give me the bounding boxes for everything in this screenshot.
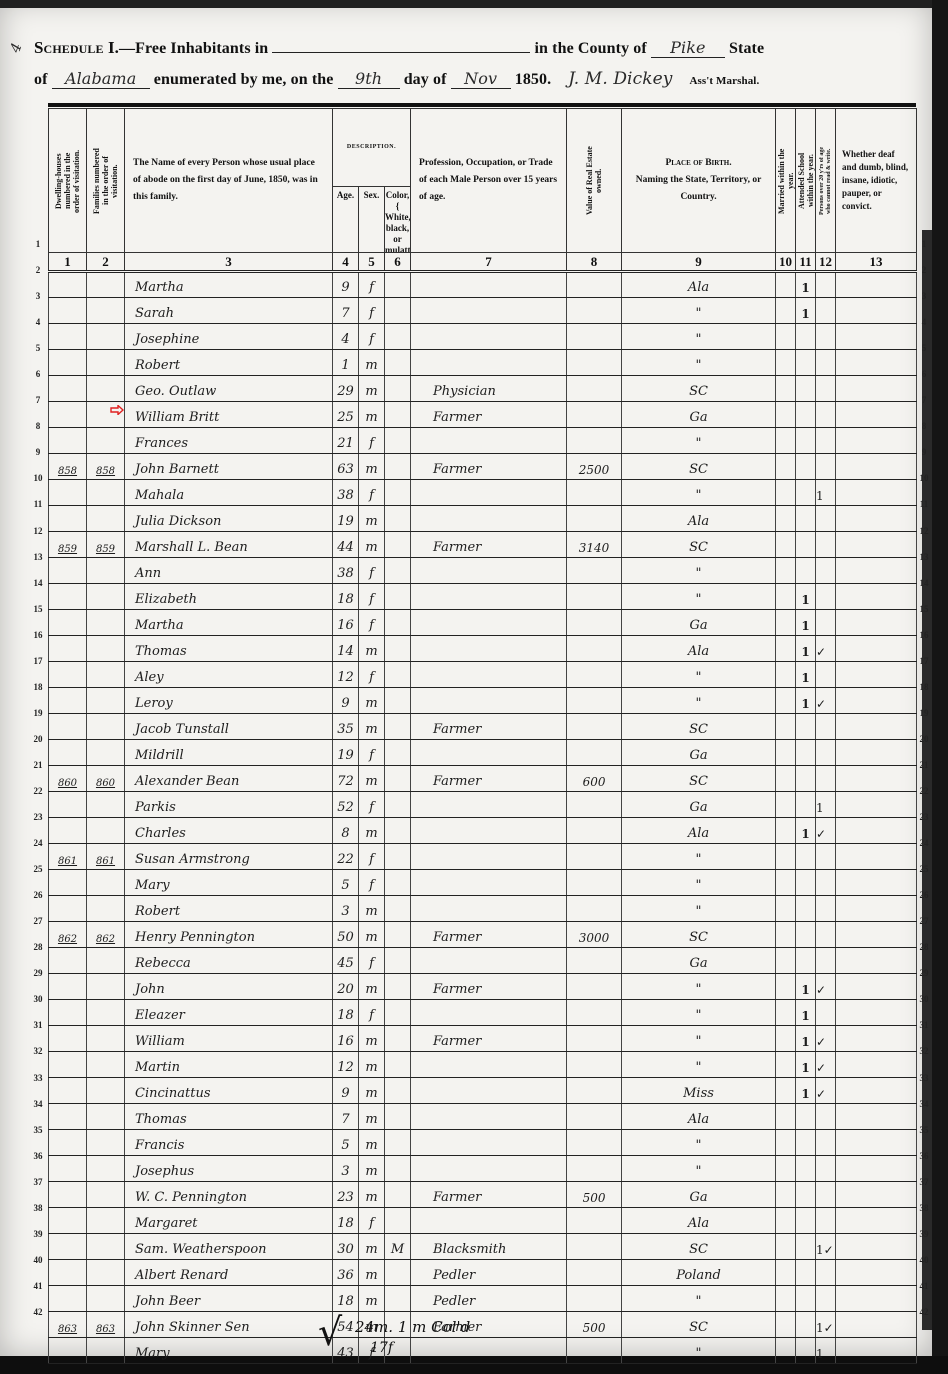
census-row: Ann38f" (49, 558, 917, 584)
dwelling-number (49, 1000, 87, 1026)
person-name: Alexander Bean (125, 766, 333, 792)
dwelling-number (49, 610, 87, 636)
sex: m (359, 1234, 385, 1260)
family-number: 862 (87, 922, 125, 948)
line-number: 22 (916, 778, 932, 804)
sex: f (359, 480, 385, 506)
school-mark: 1 (796, 636, 816, 662)
line-number: 27 (30, 908, 46, 934)
place-of-birth: Ga (622, 610, 776, 636)
color (385, 1182, 411, 1208)
sex: f (359, 740, 385, 766)
place-of-birth: Ga (622, 1182, 776, 1208)
married-mark (776, 584, 796, 610)
sex: m (359, 532, 385, 558)
county-label: in the County of (535, 40, 647, 57)
school-mark (796, 1338, 816, 1364)
dwelling-number (49, 272, 87, 298)
dwelling-number (49, 1026, 87, 1052)
dwelling-number: 859 (49, 532, 87, 558)
dwelling-number (49, 324, 87, 350)
real-estate-value (567, 298, 622, 324)
married-mark (776, 506, 796, 532)
line-number: 7 (916, 387, 932, 413)
line-number: 20 (30, 726, 46, 752)
sex: f (359, 610, 385, 636)
place-of-birth: " (622, 1052, 776, 1078)
person-name: John Barnett (125, 454, 333, 480)
line-number: 28 (30, 934, 46, 960)
age: 12 (333, 1052, 359, 1078)
color (385, 506, 411, 532)
illiterate-mark: 1 (816, 1338, 836, 1364)
line-number: 1 (916, 231, 932, 257)
line-number: 7 (30, 387, 46, 413)
family-number: 863 (87, 1312, 125, 1338)
person-name: Sarah (125, 298, 333, 324)
dwelling-number (49, 792, 87, 818)
illiterate-mark (816, 922, 836, 948)
family-number (87, 1026, 125, 1052)
married-mark (776, 896, 796, 922)
age: 23 (333, 1182, 359, 1208)
occupation: Pedler (411, 1286, 567, 1312)
color (385, 480, 411, 506)
census-row: 861861Susan Armstrong22f" (49, 844, 917, 870)
condition (836, 272, 917, 298)
condition (836, 1208, 917, 1234)
school-mark (796, 948, 816, 974)
family-number (87, 1156, 125, 1182)
person-name: Marshall L. Bean (125, 532, 333, 558)
sex: m (359, 818, 385, 844)
school-mark (796, 1260, 816, 1286)
person-name: John (125, 974, 333, 1000)
school-mark: 1 (796, 662, 816, 688)
occupation: Farmer (411, 714, 567, 740)
school-mark (796, 1104, 816, 1130)
condition (836, 1130, 917, 1156)
dwelling-number (49, 818, 87, 844)
occupation (411, 1130, 567, 1156)
illiterate-mark (816, 1208, 836, 1234)
line-number: 37 (30, 1169, 46, 1195)
line-number: 40 (30, 1247, 46, 1273)
line-number: 6 (30, 361, 46, 387)
age: 18 (333, 1286, 359, 1312)
census-row: Elizabeth18f"1 (49, 584, 917, 610)
family-number (87, 480, 125, 506)
person-name: John Skinner Sen (125, 1312, 333, 1338)
census-row: Martha16fGa1 (49, 610, 917, 636)
condition (836, 402, 917, 428)
illiterate-mark (816, 428, 836, 454)
condition (836, 1104, 917, 1130)
age: 19 (333, 740, 359, 766)
census-row: 862862Henry Pennington50mFarmer3000SC (49, 922, 917, 948)
person-name: Robert (125, 350, 333, 376)
line-number: 21 (916, 752, 932, 778)
occupation: Farmer (411, 766, 567, 792)
person-name: Cincinattus (125, 1078, 333, 1104)
illiterate-mark (816, 714, 836, 740)
sex: f (359, 1208, 385, 1234)
dwelling-number (49, 1078, 87, 1104)
school-mark (796, 402, 816, 428)
sex: f (359, 1000, 385, 1026)
person-name: Robert (125, 896, 333, 922)
person-name: Mary (125, 1338, 333, 1364)
line-number: 4 (30, 309, 46, 335)
line-number: 12 (30, 518, 46, 544)
line-number: 36 (30, 1143, 46, 1169)
sex: m (359, 1286, 385, 1312)
line-number: 34 (30, 1091, 46, 1117)
married-mark (776, 402, 796, 428)
school-mark (796, 896, 816, 922)
red-arrow-marker-icon (110, 405, 124, 415)
family-number (87, 1260, 125, 1286)
place-of-birth: Ga (622, 948, 776, 974)
header-family: Families numbered in the order of visita… (87, 109, 125, 253)
illiterate-mark (816, 376, 836, 402)
dwelling-number: 863 (49, 1312, 87, 1338)
school-mark (796, 1312, 816, 1338)
school-mark: 1 (796, 1026, 816, 1052)
married-mark (776, 766, 796, 792)
real-estate-value (567, 610, 622, 636)
married-mark (776, 1260, 796, 1286)
illiterate-mark (816, 298, 836, 324)
school-mark: 1 (796, 974, 816, 1000)
census-rows: Martha9fAla1Sarah7f"1Josephine4f"Robert1… (49, 272, 917, 1364)
schedule-title-line: Schedule I.—Free Inhabitants in in the C… (34, 34, 764, 58)
sex: m (359, 974, 385, 1000)
family-number (87, 376, 125, 402)
family-number: 858 (87, 454, 125, 480)
occupation: Physician (411, 376, 567, 402)
school-mark: 1 (796, 818, 816, 844)
family-number (87, 584, 125, 610)
condition (836, 1312, 917, 1338)
line-number: 11 (916, 491, 932, 517)
person-name: Margaret (125, 1208, 333, 1234)
line-number: 13 (30, 544, 46, 570)
school-mark (796, 870, 816, 896)
census-row: Sam. Weatherspoon30mMBlacksmithSC1✓ (49, 1234, 917, 1260)
marshal-title: Ass't Marshal. (689, 75, 759, 87)
column-number-9: 9 (622, 253, 776, 272)
census-row: 863863John Skinner Sen54mFarmer500SC1✓ (49, 1312, 917, 1338)
occupation (411, 740, 567, 766)
column-number-12: 12 (816, 253, 836, 272)
line-number: 38 (30, 1195, 46, 1221)
occupation (411, 272, 567, 298)
line-number: 17 (916, 648, 932, 674)
dwelling-number (49, 870, 87, 896)
condition (836, 818, 917, 844)
married-mark (776, 428, 796, 454)
school-mark: 1 (796, 298, 816, 324)
occupation (411, 896, 567, 922)
line-number: 26 (916, 882, 932, 908)
married-mark (776, 1312, 796, 1338)
line-number: 16 (30, 622, 46, 648)
occupation (411, 506, 567, 532)
illiterate-mark (816, 324, 836, 350)
married-mark (776, 298, 796, 324)
age: 5 (333, 870, 359, 896)
married-mark (776, 844, 796, 870)
column-number-6: 6 (385, 253, 411, 272)
column-number-5: 5 (359, 253, 385, 272)
occupation (411, 1052, 567, 1078)
married-mark (776, 870, 796, 896)
line-number: 1 (30, 231, 46, 257)
family-number: 860 (87, 766, 125, 792)
person-name: Jacob Tunstall (125, 714, 333, 740)
occupation (411, 584, 567, 610)
dwelling-number (49, 714, 87, 740)
age: 38 (333, 480, 359, 506)
condition (836, 974, 917, 1000)
occupation (411, 792, 567, 818)
header-real-estate: Value of Real Estate owned. (567, 109, 622, 253)
age: 9 (333, 272, 359, 298)
illiterate-mark: 1 (816, 480, 836, 506)
occupation (411, 1208, 567, 1234)
line-number: 23 (916, 804, 932, 830)
color (385, 870, 411, 896)
line-number: 9 (30, 439, 46, 465)
real-estate-value (567, 1234, 622, 1260)
occupation (411, 1000, 567, 1026)
day-of-label: day of (404, 71, 447, 88)
color (385, 1130, 411, 1156)
line-number: 32 (30, 1038, 46, 1064)
illiterate-mark (816, 584, 836, 610)
sex: m (359, 922, 385, 948)
person-name: Ann (125, 558, 333, 584)
family-number (87, 610, 125, 636)
color (385, 636, 411, 662)
occupation (411, 428, 567, 454)
place-of-birth: Ala (622, 506, 776, 532)
condition (836, 948, 917, 974)
sex: f (359, 584, 385, 610)
person-name: Charles (125, 818, 333, 844)
sex: m (359, 1182, 385, 1208)
real-estate-value (567, 1156, 622, 1182)
sex: m (359, 1026, 385, 1052)
place-of-birth: SC (622, 532, 776, 558)
condition (836, 532, 917, 558)
occupation: Farmer (411, 532, 567, 558)
census-row: Frances21f" (49, 428, 917, 454)
school-mark (796, 740, 816, 766)
of-label: of (34, 71, 48, 88)
dwelling-number: 858 (49, 454, 87, 480)
line-number: 2 (30, 257, 46, 283)
place-of-birth: Miss (622, 1078, 776, 1104)
illiterate-mark: 1✓ (816, 1234, 836, 1260)
married-mark (776, 792, 796, 818)
line-number: 14 (916, 570, 932, 596)
color (385, 1026, 411, 1052)
person-name: Geo. Outlaw (125, 376, 333, 402)
dwelling-number (49, 1286, 87, 1312)
married-mark (776, 1052, 796, 1078)
line-number: 19 (30, 700, 46, 726)
occupation: Farmer (411, 454, 567, 480)
sex: f (359, 948, 385, 974)
census-row: Josephine4f" (49, 324, 917, 350)
real-estate-value (567, 350, 622, 376)
census-row: Geo. Outlaw29mPhysicianSC (49, 376, 917, 402)
family-number (87, 688, 125, 714)
age: 9 (333, 688, 359, 714)
occupation: Farmer (411, 1026, 567, 1052)
line-number: 40 (916, 1247, 932, 1273)
color (385, 948, 411, 974)
header-married: Married within the year. (776, 109, 796, 253)
place-of-birth: SC (622, 376, 776, 402)
place-of-birth: " (622, 870, 776, 896)
occupation (411, 298, 567, 324)
census-row: William Britt25mFarmerGa (49, 402, 917, 428)
illiterate-mark (816, 532, 836, 558)
occupation (411, 636, 567, 662)
family-number (87, 1286, 125, 1312)
real-estate-value: 600 (567, 766, 622, 792)
family-number: 859 (87, 532, 125, 558)
person-name: W. C. Pennington (125, 1182, 333, 1208)
real-estate-value (567, 792, 622, 818)
line-number: 30 (916, 986, 932, 1012)
person-name: Susan Armstrong (125, 844, 333, 870)
family-number (87, 558, 125, 584)
married-mark (776, 610, 796, 636)
school-mark: 1 (796, 1000, 816, 1026)
age: 5 (333, 1130, 359, 1156)
real-estate-value (567, 948, 622, 974)
place-of-birth: SC (622, 454, 776, 480)
column-number-1: 1 (49, 253, 87, 272)
school-mark: 1 (796, 1078, 816, 1104)
occupation (411, 688, 567, 714)
color (385, 428, 411, 454)
illiterate-mark (816, 1000, 836, 1026)
family-number (87, 1338, 125, 1364)
condition (836, 922, 917, 948)
real-estate-value (567, 1130, 622, 1156)
census-row: Albert Renard36mPedlerPoland (49, 1260, 917, 1286)
illiterate-mark (816, 870, 836, 896)
condition (836, 1000, 917, 1026)
line-number: 27 (916, 908, 932, 934)
place-of-birth: " (622, 1286, 776, 1312)
person-name: Mildrill (125, 740, 333, 766)
color (385, 922, 411, 948)
married-mark (776, 532, 796, 558)
person-name: Martha (125, 272, 333, 298)
married-mark (776, 1182, 796, 1208)
dwelling-number (49, 428, 87, 454)
column-number-8: 8 (567, 253, 622, 272)
age: 30 (333, 1234, 359, 1260)
color (385, 584, 411, 610)
illiterate-mark: ✓ (816, 688, 836, 714)
line-number: 32 (916, 1038, 932, 1064)
line-number: 4 (916, 309, 932, 335)
place-of-birth: " (622, 688, 776, 714)
color (385, 688, 411, 714)
condition (836, 766, 917, 792)
age: 18 (333, 584, 359, 610)
person-name: John Beer (125, 1286, 333, 1312)
person-name: William (125, 1026, 333, 1052)
school-mark (796, 558, 816, 584)
married-mark (776, 922, 796, 948)
dwelling-number (49, 376, 87, 402)
place-of-birth: " (622, 844, 776, 870)
real-estate-value (567, 558, 622, 584)
person-name: Eleazer (125, 1000, 333, 1026)
illiterate-mark: ✓ (816, 1052, 836, 1078)
person-name: Rebecca (125, 948, 333, 974)
line-number: 11 (30, 491, 46, 517)
dwelling-number (49, 688, 87, 714)
illiterate-mark (816, 1130, 836, 1156)
color (385, 1156, 411, 1182)
school-mark (796, 714, 816, 740)
illiterate-mark (816, 610, 836, 636)
sex: m (359, 1130, 385, 1156)
real-estate-value (567, 324, 622, 350)
color (385, 610, 411, 636)
condition (836, 714, 917, 740)
real-estate-value (567, 1026, 622, 1052)
subdivision-field (272, 34, 530, 53)
column-number-row: 12345678910111213 (49, 253, 917, 272)
header-rule (48, 103, 916, 107)
occupation (411, 610, 567, 636)
condition (836, 428, 917, 454)
school-mark (796, 1286, 816, 1312)
married-mark (776, 1234, 796, 1260)
person-name: Mahala (125, 480, 333, 506)
state-label: State (729, 40, 764, 57)
census-row: Parkis52fGa1 (49, 792, 917, 818)
census-row: Thomas7mAla (49, 1104, 917, 1130)
place-of-birth: Ala (622, 1104, 776, 1130)
age: 21 (333, 428, 359, 454)
census-row: William16mFarmer"1✓ (49, 1026, 917, 1052)
color (385, 896, 411, 922)
real-estate-value (567, 1000, 622, 1026)
age: 20 (333, 974, 359, 1000)
place-of-birth: Ga (622, 792, 776, 818)
occupation (411, 1338, 567, 1364)
person-name: Parkis (125, 792, 333, 818)
state-field: Alabama (52, 70, 150, 89)
condition (836, 662, 917, 688)
header-dwelling: Dwelling-houses numbered in the order of… (49, 109, 87, 253)
census-row: Robert1m" (49, 350, 917, 376)
illiterate-mark (816, 766, 836, 792)
family-number (87, 272, 125, 298)
real-estate-value (567, 1208, 622, 1234)
